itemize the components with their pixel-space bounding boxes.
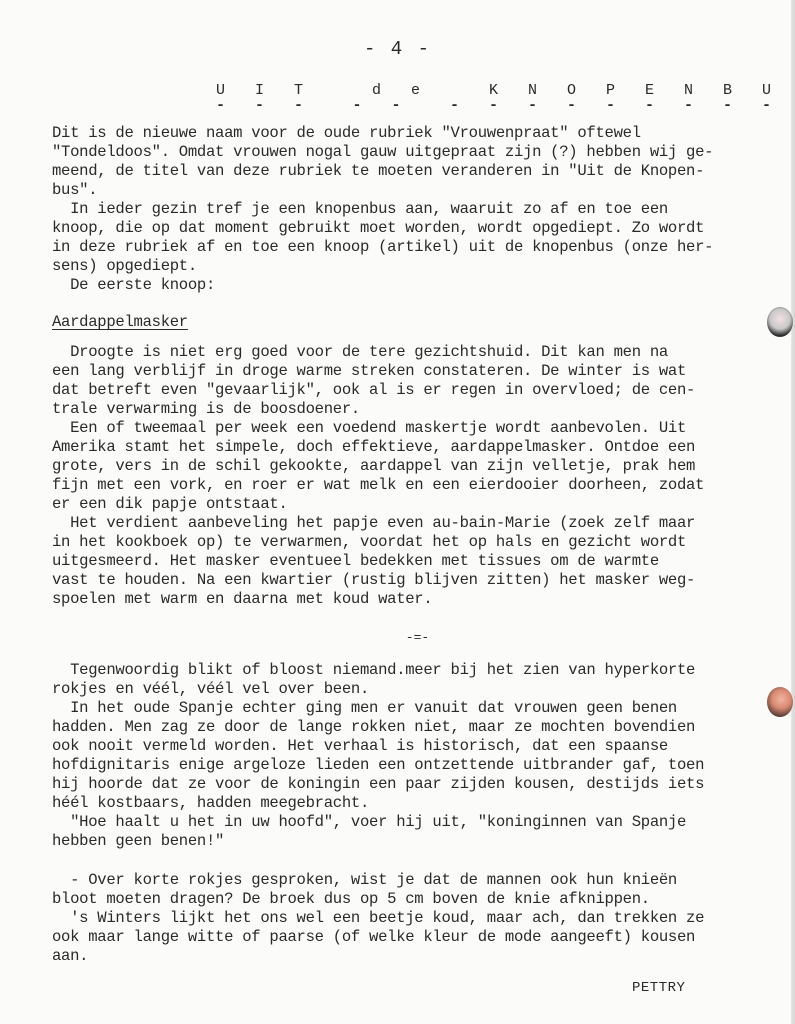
text-line: hadden. Men zag ze door de lange rokken … bbox=[52, 718, 792, 737]
text-line: Het verdient aanbeveling het papje even … bbox=[52, 514, 792, 533]
text-line: trale verwarming is de boosdoener. bbox=[52, 400, 792, 419]
text-line: Dit is de nieuwe naam voor de oude rubri… bbox=[52, 124, 792, 143]
text-line: Een of tweemaal per week een voedend mas… bbox=[52, 419, 792, 438]
text-line: bus". bbox=[52, 181, 792, 200]
text-line: - Over korte rokjes gesproken, wist je d… bbox=[52, 871, 792, 890]
section-heading: Aardappelmasker bbox=[52, 313, 188, 332]
text-line: vast te houden. Na een kwartier (rustig … bbox=[52, 571, 792, 590]
text-line: sens) opgediept. bbox=[52, 257, 792, 276]
text-line: ook maar lange witte of paarse (of welke… bbox=[52, 928, 792, 947]
title-underline: - - - - - - - - - - - - - - bbox=[216, 97, 782, 114]
text-line: meend, de titel van deze rubriek te moet… bbox=[52, 162, 792, 181]
text-line: "Hoe haalt u het in uw hoofd", voer hij … bbox=[52, 813, 792, 832]
text-line: In het oude Spanje echter ging men er va… bbox=[52, 699, 792, 718]
text-line: De eerste knoop: bbox=[52, 276, 792, 295]
closing-paragraphs: - Over korte rokjes gesproken, wist je d… bbox=[52, 871, 792, 966]
text-line: In ieder gezin tref je een knopenbus aan… bbox=[52, 200, 792, 219]
text-line: in het kookboek op) te verwarmen, voorda… bbox=[52, 533, 792, 552]
text-line: uitgesmeerd. Het masker eventueel bedekk… bbox=[52, 552, 792, 571]
text-line: fijn met een vork, en roer er wat melk e… bbox=[52, 476, 792, 495]
text-line: hebben geen benen!" bbox=[52, 832, 792, 851]
text-line: bloot moeten dragen? De broek dus op 5 c… bbox=[52, 890, 792, 909]
text-line: dat betreft even "gevaarlijk", ook al is… bbox=[52, 381, 792, 400]
text-line: hij hoorde dat ze voor de koningin een p… bbox=[52, 775, 792, 794]
text-line: Amerika stamt het simpele, doch effektie… bbox=[52, 438, 792, 457]
second-article: Tegenwoordig blikt of bloost niemand.mee… bbox=[52, 661, 792, 851]
text-line: "Tondeldoos". Omdat vrouwen nogal gauw u… bbox=[52, 143, 792, 162]
text-line: Droogte is niet erg goed voor de tere ge… bbox=[52, 343, 792, 362]
text-line: een lang verblijf in droge warme streken… bbox=[52, 362, 792, 381]
text-line: héél kostbaars, hadden meegebracht. bbox=[52, 794, 792, 813]
text-line: er een dik papje ontstaat. bbox=[52, 495, 792, 514]
text-line: in deze rubriek af en toe een knoop (art… bbox=[52, 238, 792, 257]
author-signature: PETTRY bbox=[632, 980, 685, 996]
text-line: ook nooit vermeld worden. Het verhaal is… bbox=[52, 737, 792, 756]
page-number: - 4 - bbox=[0, 38, 795, 60]
text-line: rokjes en véél, véél vel over been. bbox=[52, 680, 792, 699]
intro-paragraphs: Dit is de nieuwe naam voor de oude rubri… bbox=[52, 124, 792, 295]
separator: -=- bbox=[0, 630, 795, 645]
text-line: 's Winters lijkt het ons wel een beetje … bbox=[52, 909, 792, 928]
punch-hole-icon bbox=[767, 307, 793, 337]
section-body: Droogte is niet erg goed voor de tere ge… bbox=[52, 343, 792, 609]
text-line: aan. bbox=[52, 947, 792, 966]
typewritten-page: - 4 - U I T d e K N O P E N B U S ! ! ! … bbox=[0, 0, 795, 1024]
text-line: Tegenwoordig blikt of bloost niemand.mee… bbox=[52, 661, 792, 680]
text-line: hofdignitaris enige argeloze lieden een … bbox=[52, 756, 792, 775]
text-line: grote, vers in de schil gekookte, aardap… bbox=[52, 457, 792, 476]
text-line: knoop, die op dat moment gebruikt moet w… bbox=[52, 219, 792, 238]
text-line: spoelen met warm en daarna met koud wate… bbox=[52, 590, 792, 609]
